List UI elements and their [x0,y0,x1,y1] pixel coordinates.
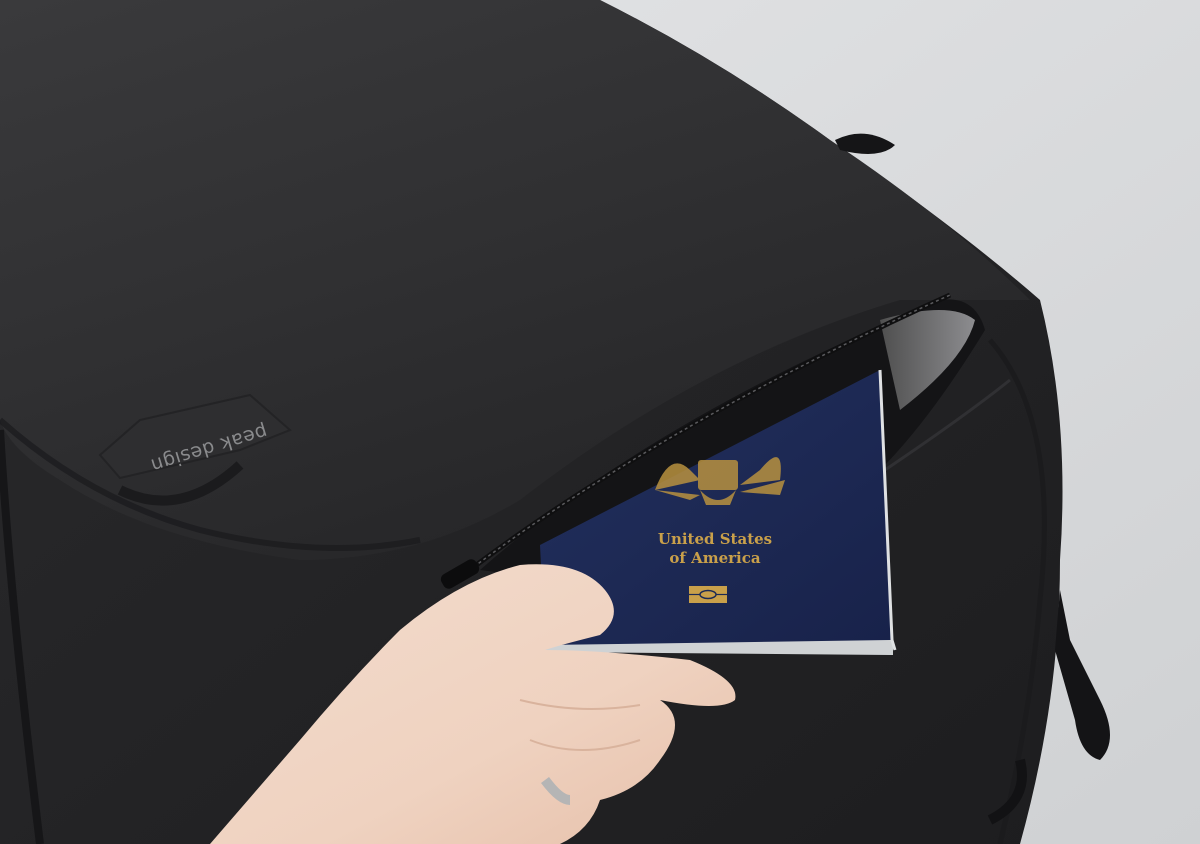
passport-title-line2: of America [669,549,760,567]
biometric-chip-icon [689,586,727,603]
passport-title-line1: United States [658,530,772,548]
photo-scene: peak design United States of America [0,0,1200,844]
